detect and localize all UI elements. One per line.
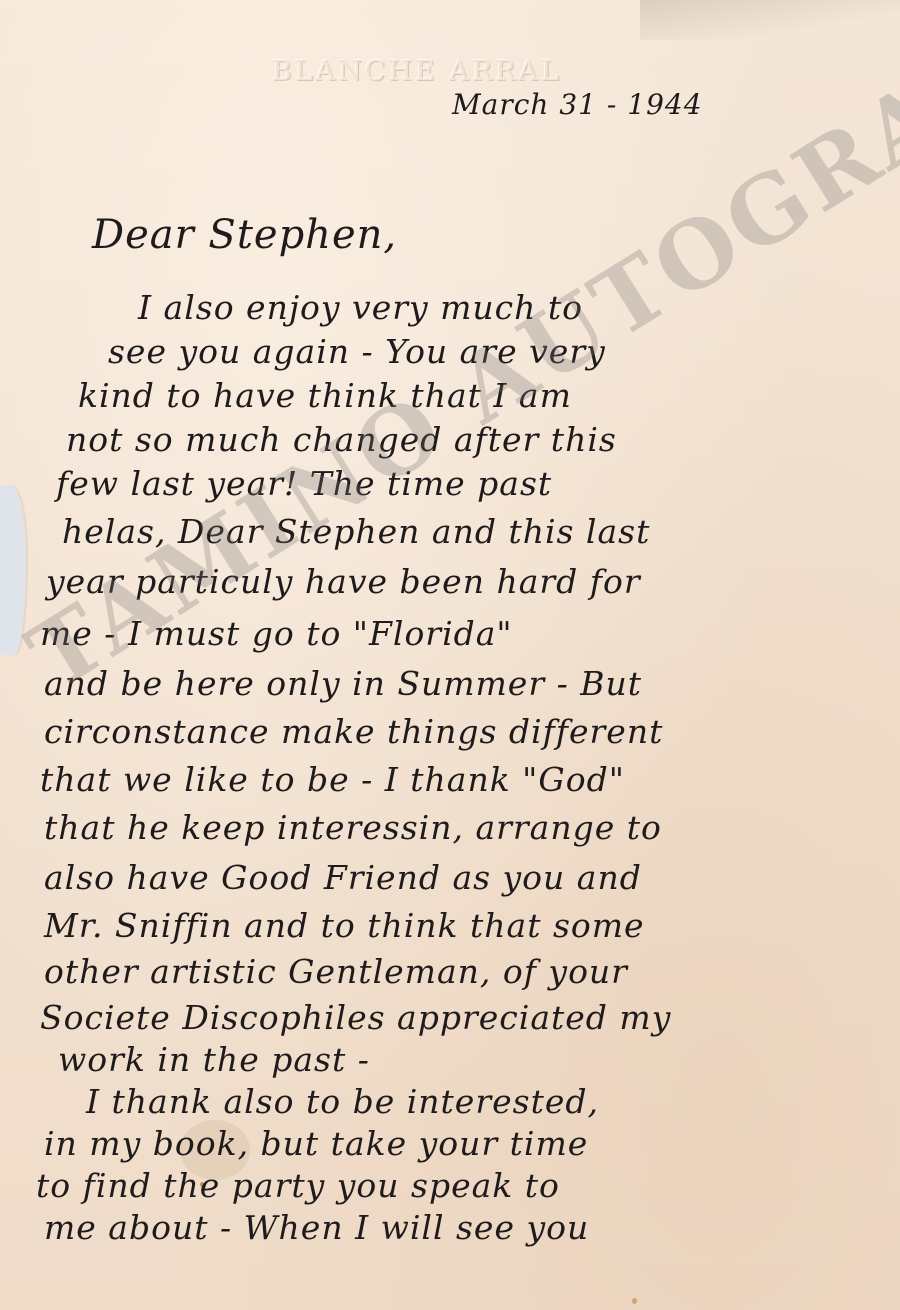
body-line: few last year! The time past (56, 464, 552, 503)
body-line: that he keep interessin, arrange to (44, 808, 662, 847)
letterhead-embossed: BLANCHE ARRAL (272, 56, 562, 87)
body-line: me about - When I will see you (44, 1208, 589, 1247)
body-line: and be here only in Summer - But (44, 664, 642, 703)
body-line: kind to have think that I am (78, 376, 572, 415)
body-line: see you again - You are very (108, 332, 606, 371)
body-line: Societe Discophiles appreciated my (40, 998, 671, 1037)
foxing-spot (632, 1298, 637, 1304)
body-line: other artistic Gentleman, of your (44, 952, 628, 991)
paper-fold-shadow (640, 0, 900, 40)
body-line: year particuly have been hard for (46, 562, 641, 601)
body-line: that we like to be - I thank "God" (40, 760, 625, 799)
body-line: I thank also to be interested, (86, 1082, 599, 1121)
body-line: helas, Dear Stephen and this last (62, 512, 650, 551)
body-line: to find the party you speak to (36, 1166, 560, 1205)
torn-edge (0, 485, 26, 655)
body-line: me - I must go to "Florida" (40, 614, 513, 653)
body-line: I also enjoy very much to (138, 288, 583, 327)
letter-date: March 31 - 1944 (452, 88, 703, 121)
body-line: also have Good Friend as you and (44, 858, 642, 897)
body-line: circonstance make things different (44, 712, 663, 751)
body-line: work in the past - (58, 1040, 370, 1079)
body-line: in my book, but take your time (44, 1124, 588, 1163)
body-line: Mr. Sniffin and to think that some (44, 906, 645, 945)
body-line: not so much changed after this (66, 420, 617, 459)
salutation: Dear Stephen, (92, 212, 397, 258)
